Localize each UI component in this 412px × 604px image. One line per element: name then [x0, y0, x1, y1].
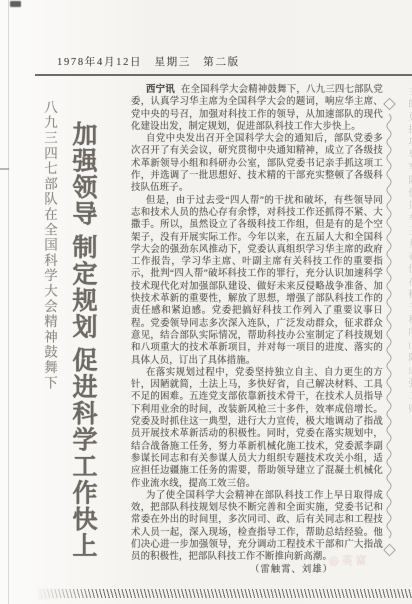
masthead-rule	[35, 74, 412, 76]
news-agency-dateline: 西宁讯	[146, 85, 181, 95]
article-paragraph: 在落实规划过程中，党委坚持独立自主、自力更生的方针，因陋就简，土法上马，多快好省…	[131, 367, 383, 490]
article-paragraph: 自党中央发出召开全国科学大会的通知后，部队党委多次召开了有关会议，研究贯彻中央通…	[131, 133, 383, 194]
headline-part-1: 加强领导	[69, 121, 96, 227]
wavy-divider	[382, 96, 396, 566]
kicker-vertical: 八九三四七部队在全国科学大会精神鼓舞下	[39, 100, 59, 410]
scan-edge-mark	[0, 168, 9, 170]
headline-part-3: 促进科学工作快上	[69, 340, 96, 559]
headline-vertical: 加强领导制定规划促进科学工作快上	[66, 121, 99, 561]
scan-smudge	[10, 1, 21, 7]
scan-fold-line	[8, 0, 9, 604]
article-paragraph: 西宁讯在全国科学大会精神鼓舞下，八九三四七部队党委，认真学习华主席为全国科学大会…	[131, 84, 383, 133]
diamond-bottom-icon	[384, 544, 395, 555]
newspaper-page: 1978年4月12日 星期三 第二版 八九三四七部队在全国科学大会精神鼓舞下 加…	[0, 0, 412, 604]
article-body: 西宁讯在全国科学大会精神鼓舞下，八九三四七部队党委，认真学习华主席为全国科学大会…	[131, 84, 383, 576]
masthead-date: 1978年4月12日 星期三 第二版	[57, 54, 240, 69]
headline-part-2: 制定规划	[69, 227, 96, 340]
wave-line	[387, 114, 391, 538]
adjacent-column-fragments: 主的更技项导写阶低景车玉井春位在种于和所山际成张工则	[404, 86, 412, 566]
article-paragraph: 但是，由于过去受“四人帮”的干扰和破坏，有些领导同志和技术人员的热心存有余悸，对…	[131, 195, 383, 367]
watermark: ◎英富	[329, 552, 370, 568]
hatched-border-fade	[38, 588, 98, 600]
diamond-top-icon	[384, 98, 395, 109]
